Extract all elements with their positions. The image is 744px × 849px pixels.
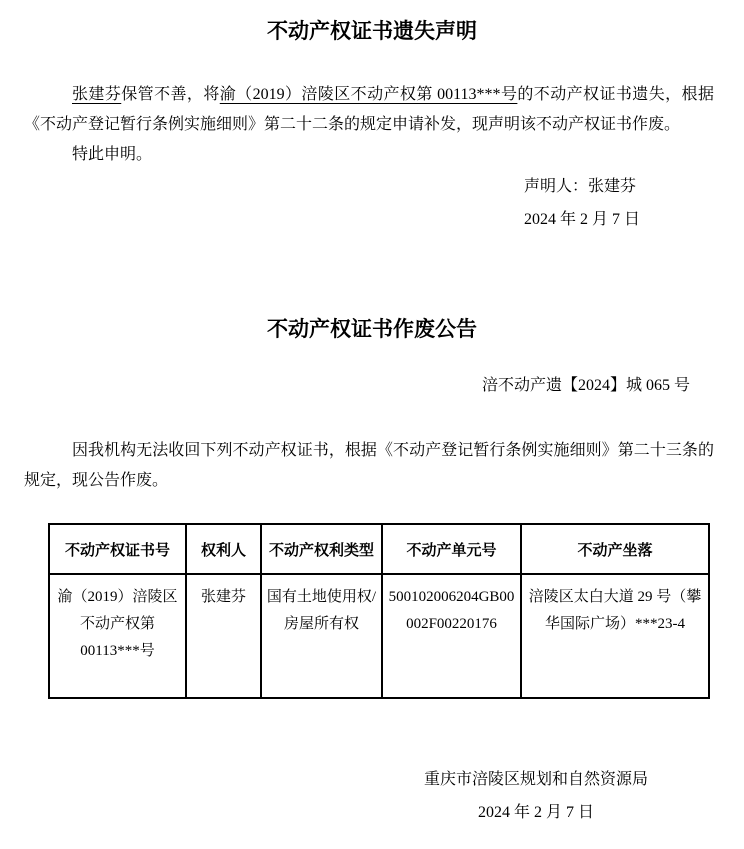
cell-unit-number: 500102006204GB00002F00220176 <box>382 574 521 698</box>
closing-statement-text: 特此申明。 <box>72 146 152 163</box>
invalidation-announcement-title: 不动产权证书作废公告 <box>0 316 744 344</box>
declaration-signature-block: 声明人：张建芬 2024 年 2 月 7 日 <box>524 170 744 236</box>
table-row: 渝（2019）涪陵区不动产权第 00113***号 张建芬 国有土地使用权/房屋… <box>49 574 709 698</box>
closing-statement: 特此申明。 <box>0 140 744 170</box>
declarant-name-underlined: 张建芬 <box>72 86 121 103</box>
certificate-number-underlined: 渝（2019）涪陵区不动产权第 00113***号 <box>220 86 518 103</box>
loss-declaration-title: 不动产权证书遗失声明 <box>0 0 744 46</box>
header-right-type: 不动产权利类型 <box>261 524 382 574</box>
announcement-signature-block: 重庆市涪陵区规划和自然资源局 2024 年 2 月 7 日 <box>424 763 648 829</box>
cell-property-location: 涪陵区太白大道 29 号（攀华国际广场）***23-4 <box>521 574 709 698</box>
document-page: 不动产权证书遗失声明 张建芬保管不善，将渝（2019）涪陵区不动产权第 0011… <box>0 0 744 849</box>
header-unit-number: 不动产单元号 <box>382 524 521 574</box>
declaration-date-line: 2024 年 2 月 7 日 <box>524 203 744 236</box>
declarant-line: 声明人：张建芬 <box>524 170 744 203</box>
announcement-paragraph: 因我机构无法收回下列不动产权证书，根据《不动产登记暂行条例实施细则》第二十三条的… <box>0 436 744 496</box>
header-rights-holder: 权利人 <box>186 524 261 574</box>
table-header-row: 不动产权证书号 权利人 不动产权利类型 不动产单元号 不动产坐落 <box>49 524 709 574</box>
certificate-table: 不动产权证书号 权利人 不动产权利类型 不动产单元号 不动产坐落 渝（2019）… <box>48 523 710 699</box>
agency-name-line: 重庆市涪陵区规划和自然资源局 <box>424 763 648 796</box>
header-property-location: 不动产坐落 <box>521 524 709 574</box>
cell-right-type: 国有土地使用权/房屋所有权 <box>261 574 382 698</box>
header-certificate-number: 不动产权证书号 <box>49 524 186 574</box>
cell-rights-holder: 张建芬 <box>186 574 261 698</box>
reference-number: 涪不动产遗【2024】城 065 号 <box>0 374 744 398</box>
paragraph-text-1: 保管不善，将 <box>121 86 220 103</box>
announcement-date-line: 2024 年 2 月 7 日 <box>424 796 648 829</box>
cell-certificate-number: 渝（2019）涪陵区不动产权第 00113***号 <box>49 574 186 698</box>
loss-declaration-paragraph: 张建芬保管不善，将渝（2019）涪陵区不动产权第 00113***号的不动产权证… <box>0 80 744 140</box>
